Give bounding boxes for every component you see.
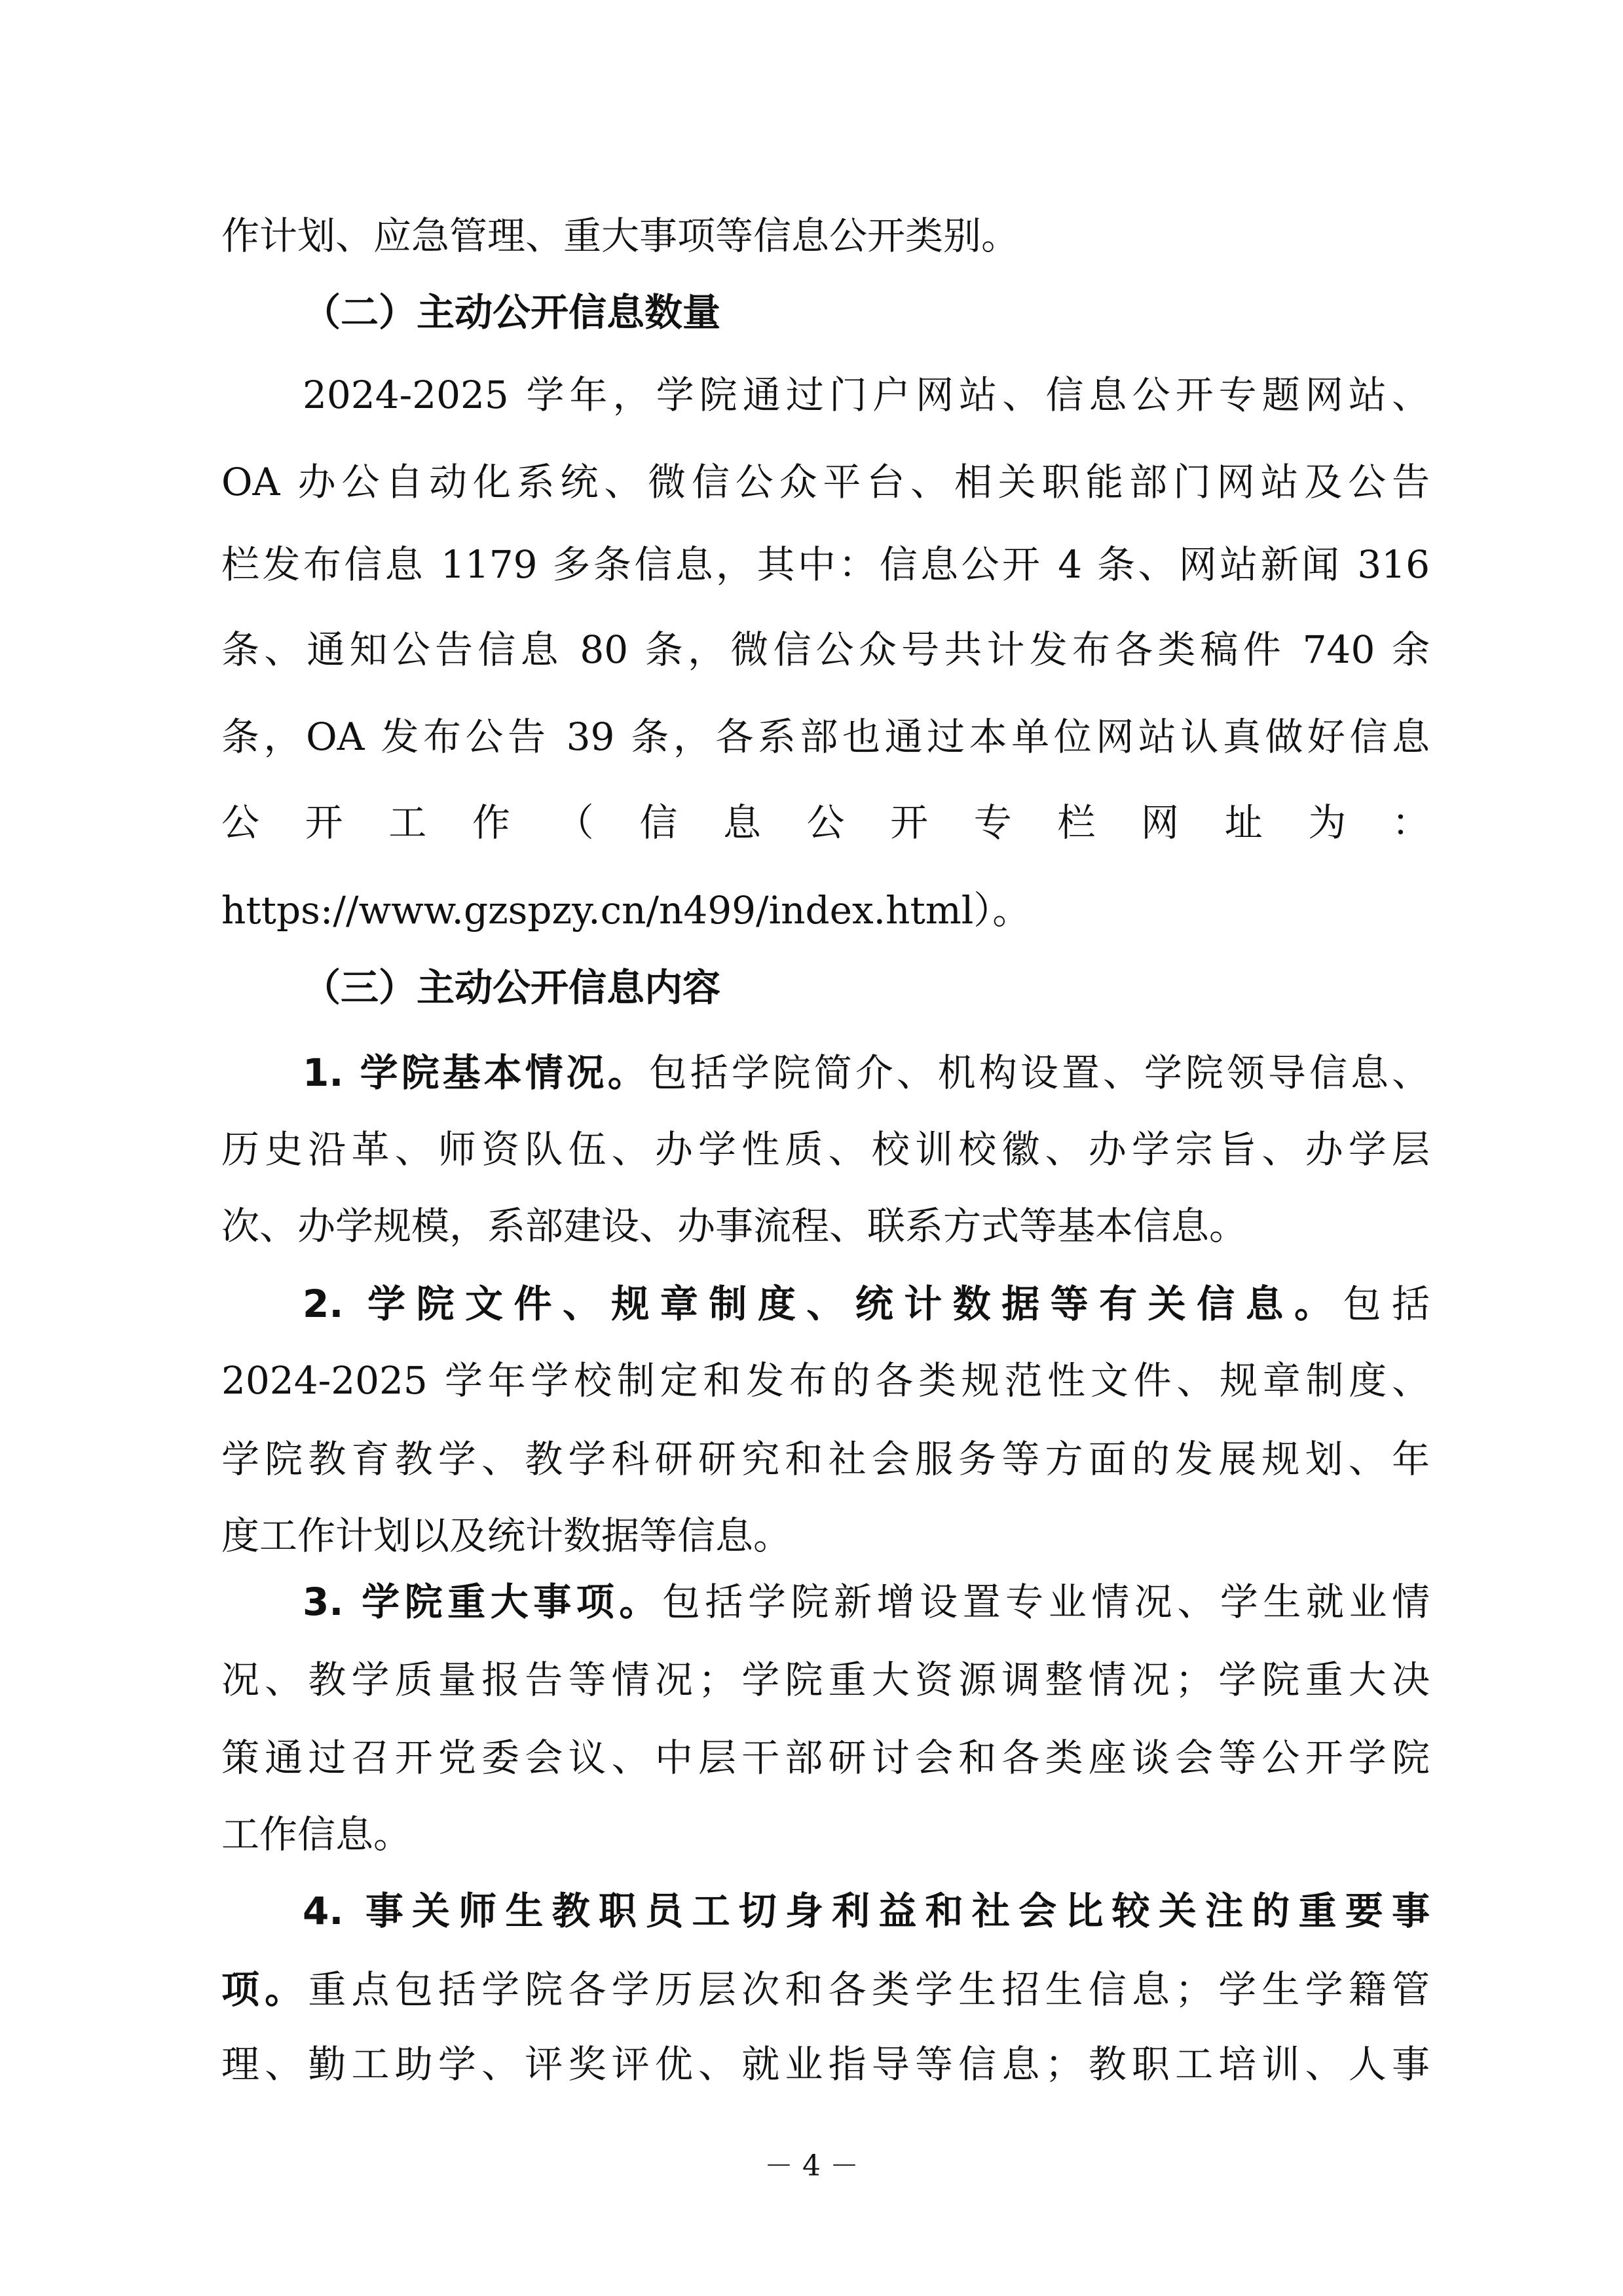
text-line: 历史沿革、师资队伍、办学性质、校训校徽、办学宗旨、办学层 xyxy=(221,1123,1430,1176)
text-line: 理、勤工助学、评奖评优、就业指导等信息；教职工培训、人事 xyxy=(221,2038,1430,2090)
item-2-heading-line: 2. 学院文件、规章制度、统计数据等有关信息。包括 xyxy=(303,1278,1430,1330)
text-line: 工作信息。 xyxy=(221,1808,1430,1861)
text-line: OA 办公自动化系统、微信公众平台、相关职能部门网站及公告 xyxy=(221,456,1430,508)
text-line: 项。重点包括学院各学历层次和各类学生招生信息；学生学籍管 xyxy=(221,1963,1430,2016)
text-line: 度工作计划以及统计数据等信息。 xyxy=(221,1509,1430,1562)
text-line: 2024-2025 学年，学院通过门户网站、信息公开专题网站、 xyxy=(303,369,1430,421)
page-number: － 4 － xyxy=(0,2147,1623,2186)
text-line: 条，OA 发布公告 39 条，各系部也通过本单位网站认真做好信息 xyxy=(221,711,1430,763)
text-line: 栏发布信息 1179 多条信息，其中：信息公开 4 条、网站新闻 316 xyxy=(221,538,1430,591)
item-3-heading-line: 3. 学院重大事项。包括学院新增设置专业情况、学生就业情 xyxy=(303,1576,1430,1628)
document-page: 作计划、应急管理、重大事项等信息公开类别。 （二）主动公开信息数量 2024-2… xyxy=(0,0,1623,2296)
text-line: 策通过召开党委会议、中层干部研讨会和各类座谈会等公开学院 xyxy=(221,1731,1430,1784)
item-4-heading-line: 4. 事关师生教职员工切身利益和社会比较关注的重要事 xyxy=(303,1885,1430,1937)
text-line: 次、办学规模，系部建设、办事流程、联系方式等基本信息。 xyxy=(221,1200,1430,1252)
text-line: 2024-2025 学年学校制定和发布的各类规范性文件、规章制度、 xyxy=(221,1354,1430,1407)
section-heading-2: （二）主动公开信息数量 xyxy=(303,286,1511,339)
text-line: 况、教学质量报告等情况；学院重大资源调整情况；学院重大决 xyxy=(221,1654,1430,1706)
text-line: 学院教育教学、教学科研研究和社会服务等方面的发展规划、年 xyxy=(221,1433,1430,1485)
item-1-heading-line: 1. 学院基本情况。包括学院简介、机构设置、学院领导信息、 xyxy=(303,1046,1430,1099)
url-text: https://www.gzspzy.cn/n499/index.html）。 xyxy=(221,884,1430,936)
text-line: 公 开 工 作 （ 信 息 公 开 专 栏 网 址 为 ： xyxy=(221,796,1430,849)
text-line: 条、通知公告信息 80 条，微信公众号共计发布各类稿件 740 余 xyxy=(221,623,1430,676)
text-line: 作计划、应急管理、重大事项等信息公开类别。 xyxy=(221,210,1430,262)
section-heading-3: （三）主动公开信息内容 xyxy=(303,961,1511,1014)
